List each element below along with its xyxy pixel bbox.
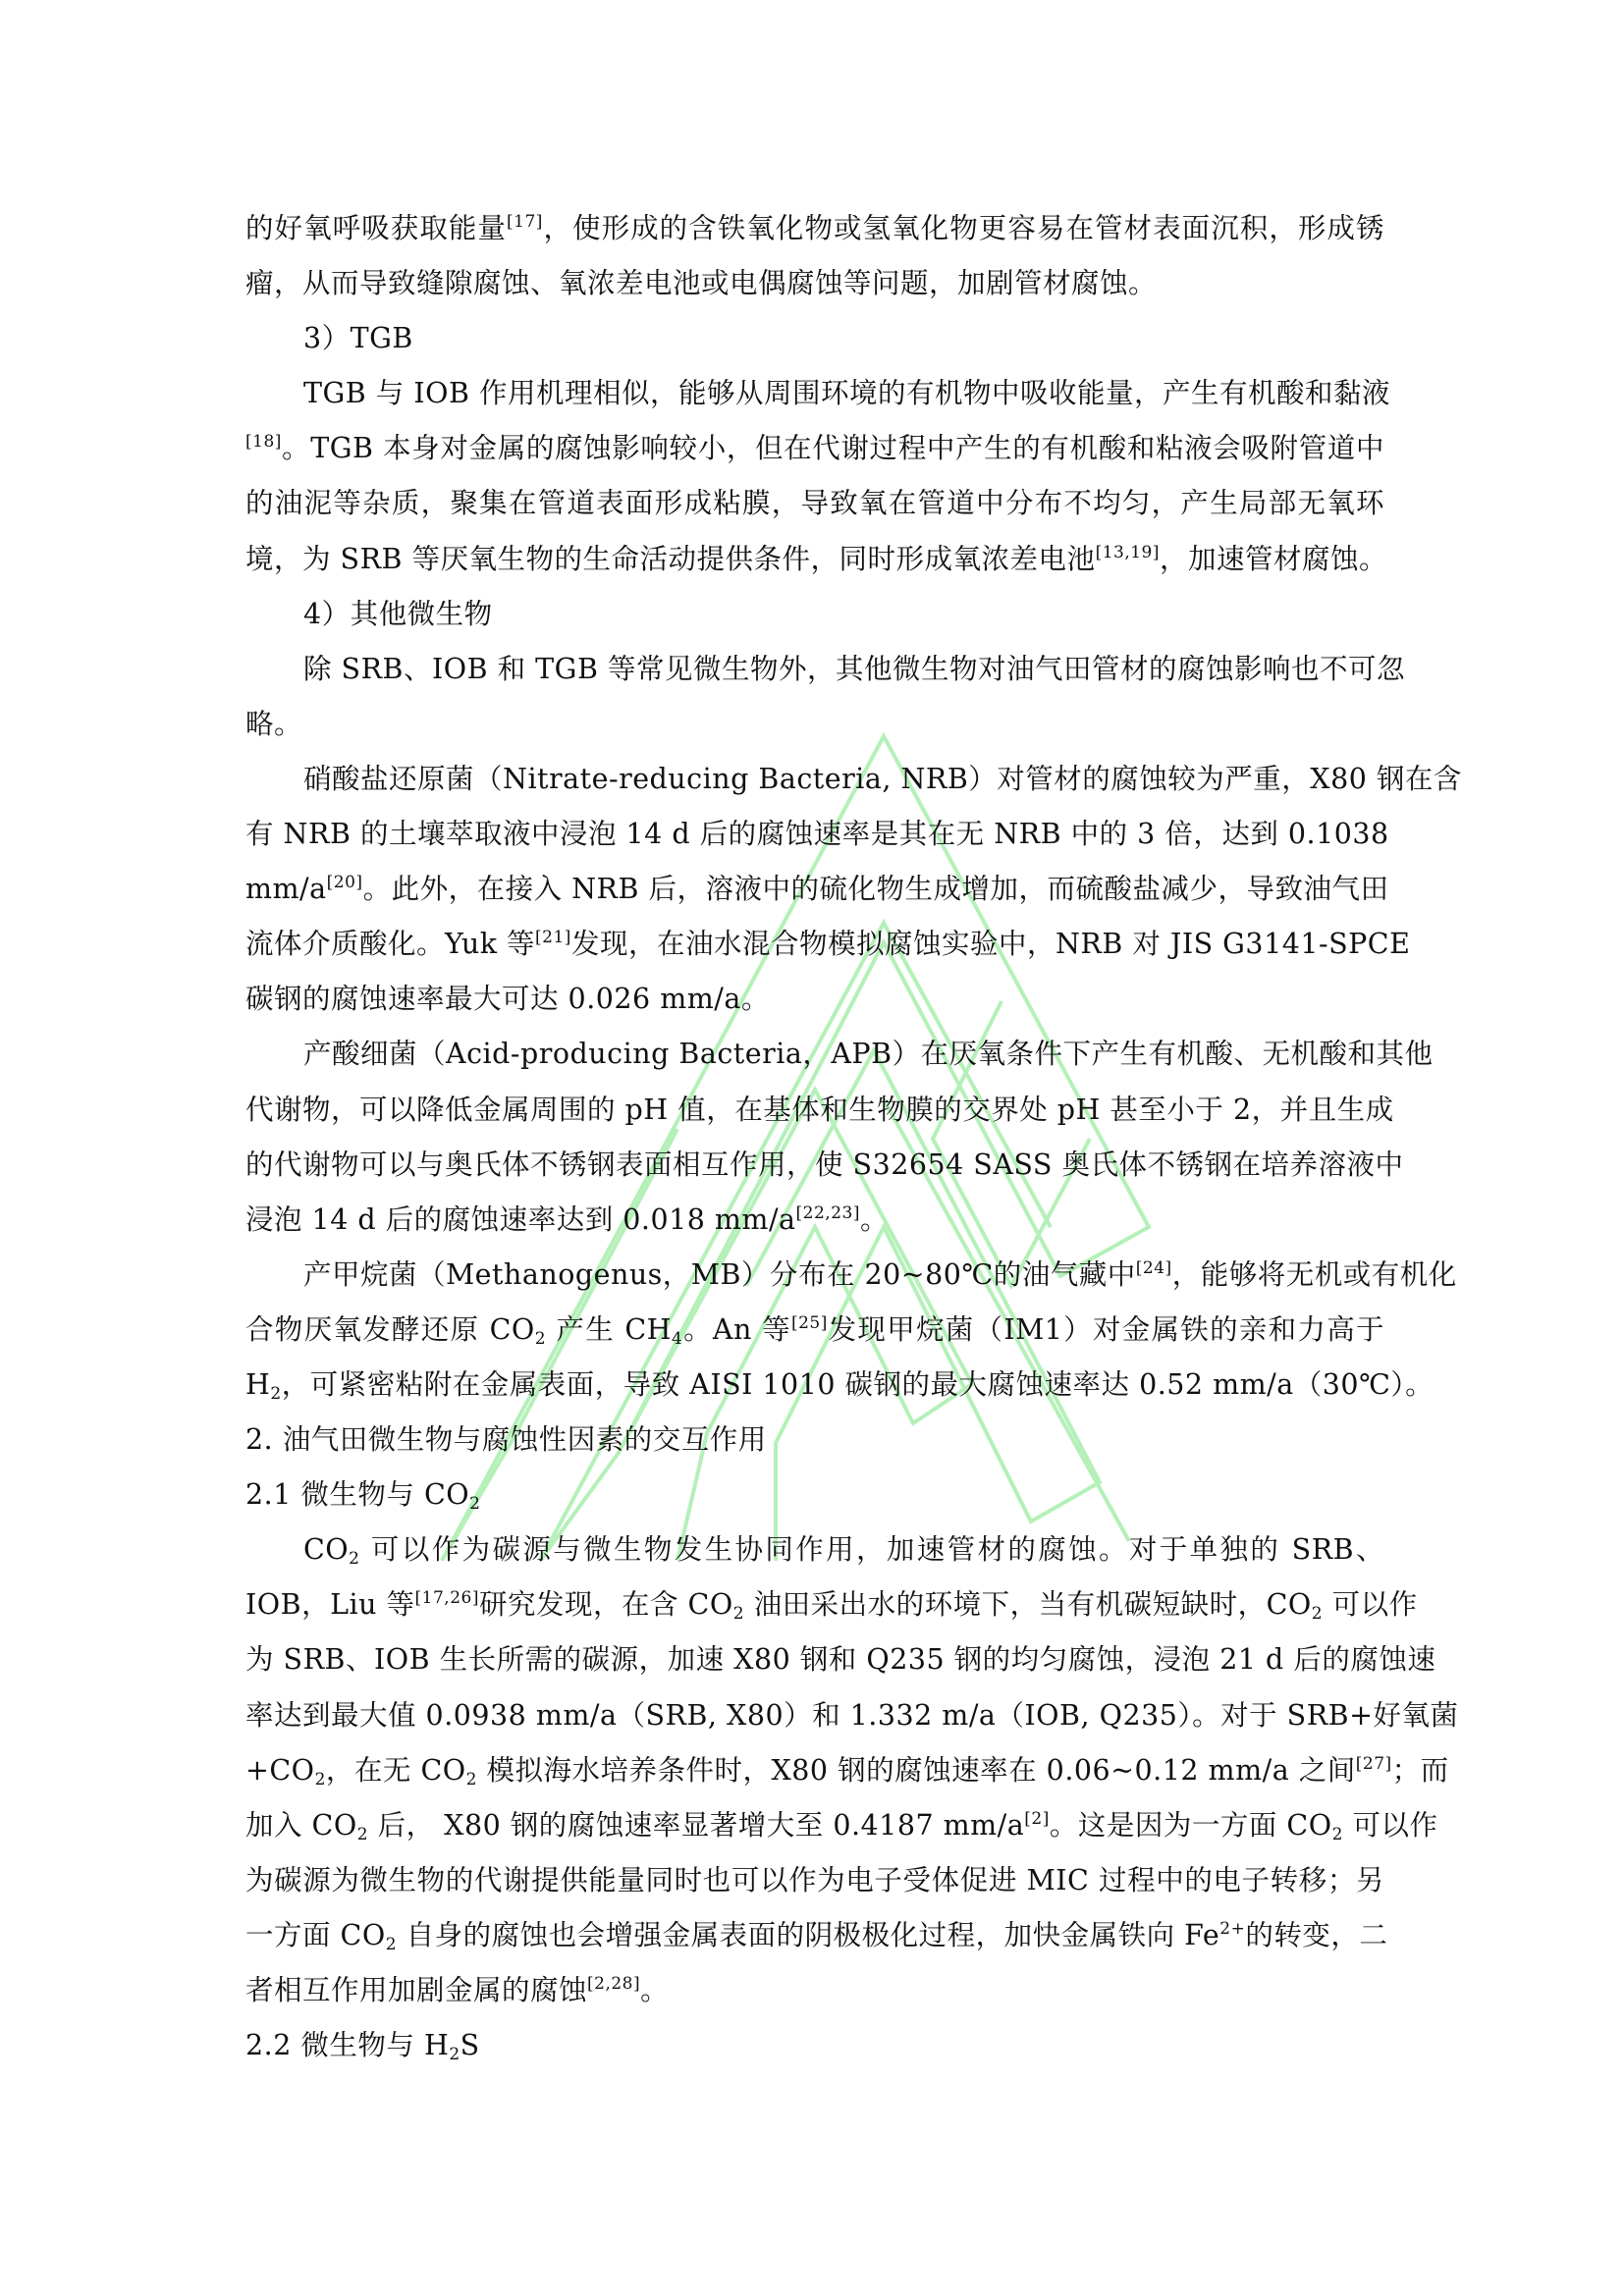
text-line: +CO2，在无 CO2 模拟海水培养条件时，X80 钢的腐蚀速率在 0.06~0… (245, 1743, 1384, 1798)
text-line: 产甲烷菌（Methanogenus，MB）分布在 20~80℃的油气藏中[24]… (245, 1248, 1384, 1303)
text-line: [18]。TGB 本身对金属的腐蚀影响较小，但在代谢过程中产生的有机酸和粘液会吸… (245, 421, 1384, 476)
text-line: 2. 油气田微生物与腐蚀性因素的交互作用 (245, 1413, 1384, 1468)
document-page: 的好氧呼吸获取能量[17]，使形成的含铁氧化物或氢氧化物更容易在管材表面沉积，形… (0, 0, 1624, 2296)
text-line: 合物厌氧发酵还原 CO2 产生 CH4。An 等[25]发现甲烷菌（IM1）对金… (245, 1303, 1384, 1358)
text-line: 3）TGB (245, 311, 1384, 366)
text-line: 瘤，从而导致缝隙腐蚀、氧浓差电池或电偶腐蚀等问题，加剧管材腐蚀。 (245, 256, 1384, 311)
text-line: 有 NRB 的土壤萃取液中浸泡 14 d 后的腐蚀速率是其在无 NRB 中的 3… (245, 807, 1384, 862)
text-line: 者相互作用加剧金属的腐蚀[2,28]。 (245, 1963, 1384, 2018)
text-line: 加入 CO2 后， X80 钢的腐蚀速率显著增大至 0.4187 mm/a[2]… (245, 1798, 1384, 1853)
text-line: 流体介质酸化。Yuk 等[21]发现，在油水混合物模拟腐蚀实验中，NRB 对 J… (245, 917, 1384, 972)
text-line: 的代谢物可以与奥氏体不锈钢表面相互作用，使 S32654 SASS 奥氏体不锈钢… (245, 1138, 1384, 1193)
text-line: 浸泡 14 d 后的腐蚀速率达到 0.018 mm/a[22,23]。 (245, 1193, 1384, 1248)
text-line: 的油泥等杂质，聚集在管道表面形成粘膜，导致氧在管道中分布不均匀，产生局部无氧环 (245, 476, 1384, 531)
text-line: 碳钢的腐蚀速率最大可达 0.026 mm/a。 (245, 972, 1384, 1027)
text-line: 2.2 微生物与 H2S (245, 2018, 1384, 2073)
text-line: 为碳源为微生物的代谢提供能量同时也可以作为电子受体促进 MIC 过程中的电子转移… (245, 1853, 1384, 1908)
body-text: 的好氧呼吸获取能量[17]，使形成的含铁氧化物或氢氧化物更容易在管材表面沉积，形… (245, 201, 1384, 2073)
text-line: TGB 与 IOB 作用机理相似，能够从周围环境的有机物中吸收能量，产生有机酸和… (245, 366, 1384, 421)
text-line: 除 SRB、IOB 和 TGB 等常见微生物外，其他微生物对油气田管材的腐蚀影响… (245, 642, 1384, 697)
text-line: 硝酸盐还原菌（Nitrate-reducing Bacteria, NRB）对管… (245, 752, 1384, 807)
text-line: 境，为 SRB 等厌氧生物的生命活动提供条件，同时形成氧浓差电池[13,19]，… (245, 532, 1384, 587)
text-line: 2.1 微生物与 CO2 (245, 1468, 1384, 1522)
text-line: mm/a[20]。此外，在接入 NRB 后，溶液中的硫化物生成增加，而硫酸盐减少… (245, 862, 1384, 917)
text-line: 产酸细菌（Acid-producing Bacteria，APB）在厌氧条件下产… (245, 1027, 1384, 1082)
text-line: 为 SRB、IOB 生长所需的碳源，加速 X80 钢和 Q235 钢的均匀腐蚀，… (245, 1632, 1384, 1687)
text-line: 率达到最大值 0.0938 mm/a（SRB, X80）和 1.332 m/a（… (245, 1688, 1384, 1743)
text-line: H2，可紧密粘附在金属表面，导致 AISI 1010 碳钢的最大腐蚀速率达 0.… (245, 1358, 1384, 1413)
text-line: CO2 可以作为碳源与微生物发生协同作用，加速管材的腐蚀。对于单独的 SRB、 (245, 1522, 1384, 1577)
text-line: 一方面 CO2 自身的腐蚀也会增强金属表面的阴极极化过程，加快金属铁向 Fe2+… (245, 1908, 1384, 1963)
text-line: 代谢物，可以降低金属周围的 pH 值，在基体和生物膜的交界处 pH 甚至小于 2… (245, 1083, 1384, 1138)
text-line: 4）其他微生物 (245, 587, 1384, 642)
text-line: 略。 (245, 697, 1384, 752)
text-line: 的好氧呼吸获取能量[17]，使形成的含铁氧化物或氢氧化物更容易在管材表面沉积，形… (245, 201, 1384, 256)
text-line: IOB，Liu 等[17,26]研究发现，在含 CO2 油田采出水的环境下，当有… (245, 1577, 1384, 1632)
